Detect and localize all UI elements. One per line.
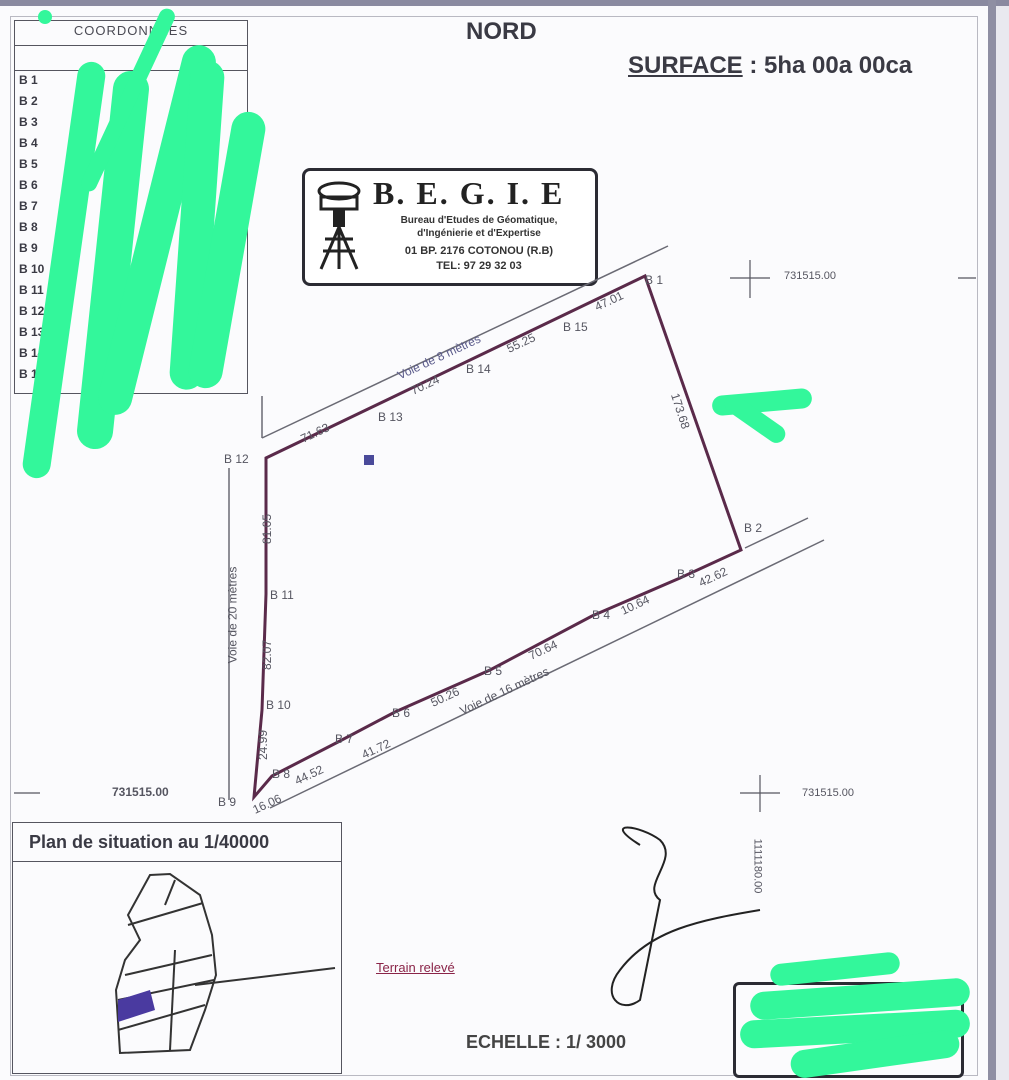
road-lines [229,246,824,808]
point-b1: B 1 [645,273,663,287]
situation-plan: Plan de situation au 1/40000 [12,822,342,1074]
grid-coord-vertical: 1111180.00 [751,839,763,894]
scale-label: ECHELLE : 1/ 3000 [466,1032,626,1053]
point-b10: B 10 [266,698,291,712]
point-b13: B 13 [378,410,403,424]
point-b9: B 9 [218,795,236,809]
distance-b10-b11: 82.07 [260,640,274,670]
point-b8: B 8 [272,767,290,781]
point-b12: B 12 [224,452,249,466]
grid-crosses [14,260,976,812]
grid-coord-bottom-left: 731515.00 [112,785,169,799]
point-b5: B 5 [484,664,502,678]
parcel-marker [364,455,374,465]
point-b2: B 2 [744,521,762,535]
parcel-boundary [254,276,741,797]
surveyed-land-label: Terrain relevé [376,960,455,975]
point-b7: B 7 [335,732,353,746]
signature-mark [612,828,760,1006]
point-b14: B 14 [466,362,491,376]
point-b6: B 6 [392,706,410,720]
road-west-label: Voie de 20 mètres [225,567,239,664]
grid-coord-top-right: 731515.00 [784,270,836,282]
situation-plan-title: Plan de situation au 1/40000 [13,823,341,862]
point-b15: B 15 [563,320,588,334]
distance-b9-b10: 24.99 [256,730,270,760]
distance-b11-b12: 81.05 [260,514,274,544]
point-b11: B 11 [270,588,294,602]
grid-coord-bottom-right: 731515.00 [802,787,854,799]
point-b4: B 4 [592,608,610,622]
point-b3: B 3 [677,567,695,581]
